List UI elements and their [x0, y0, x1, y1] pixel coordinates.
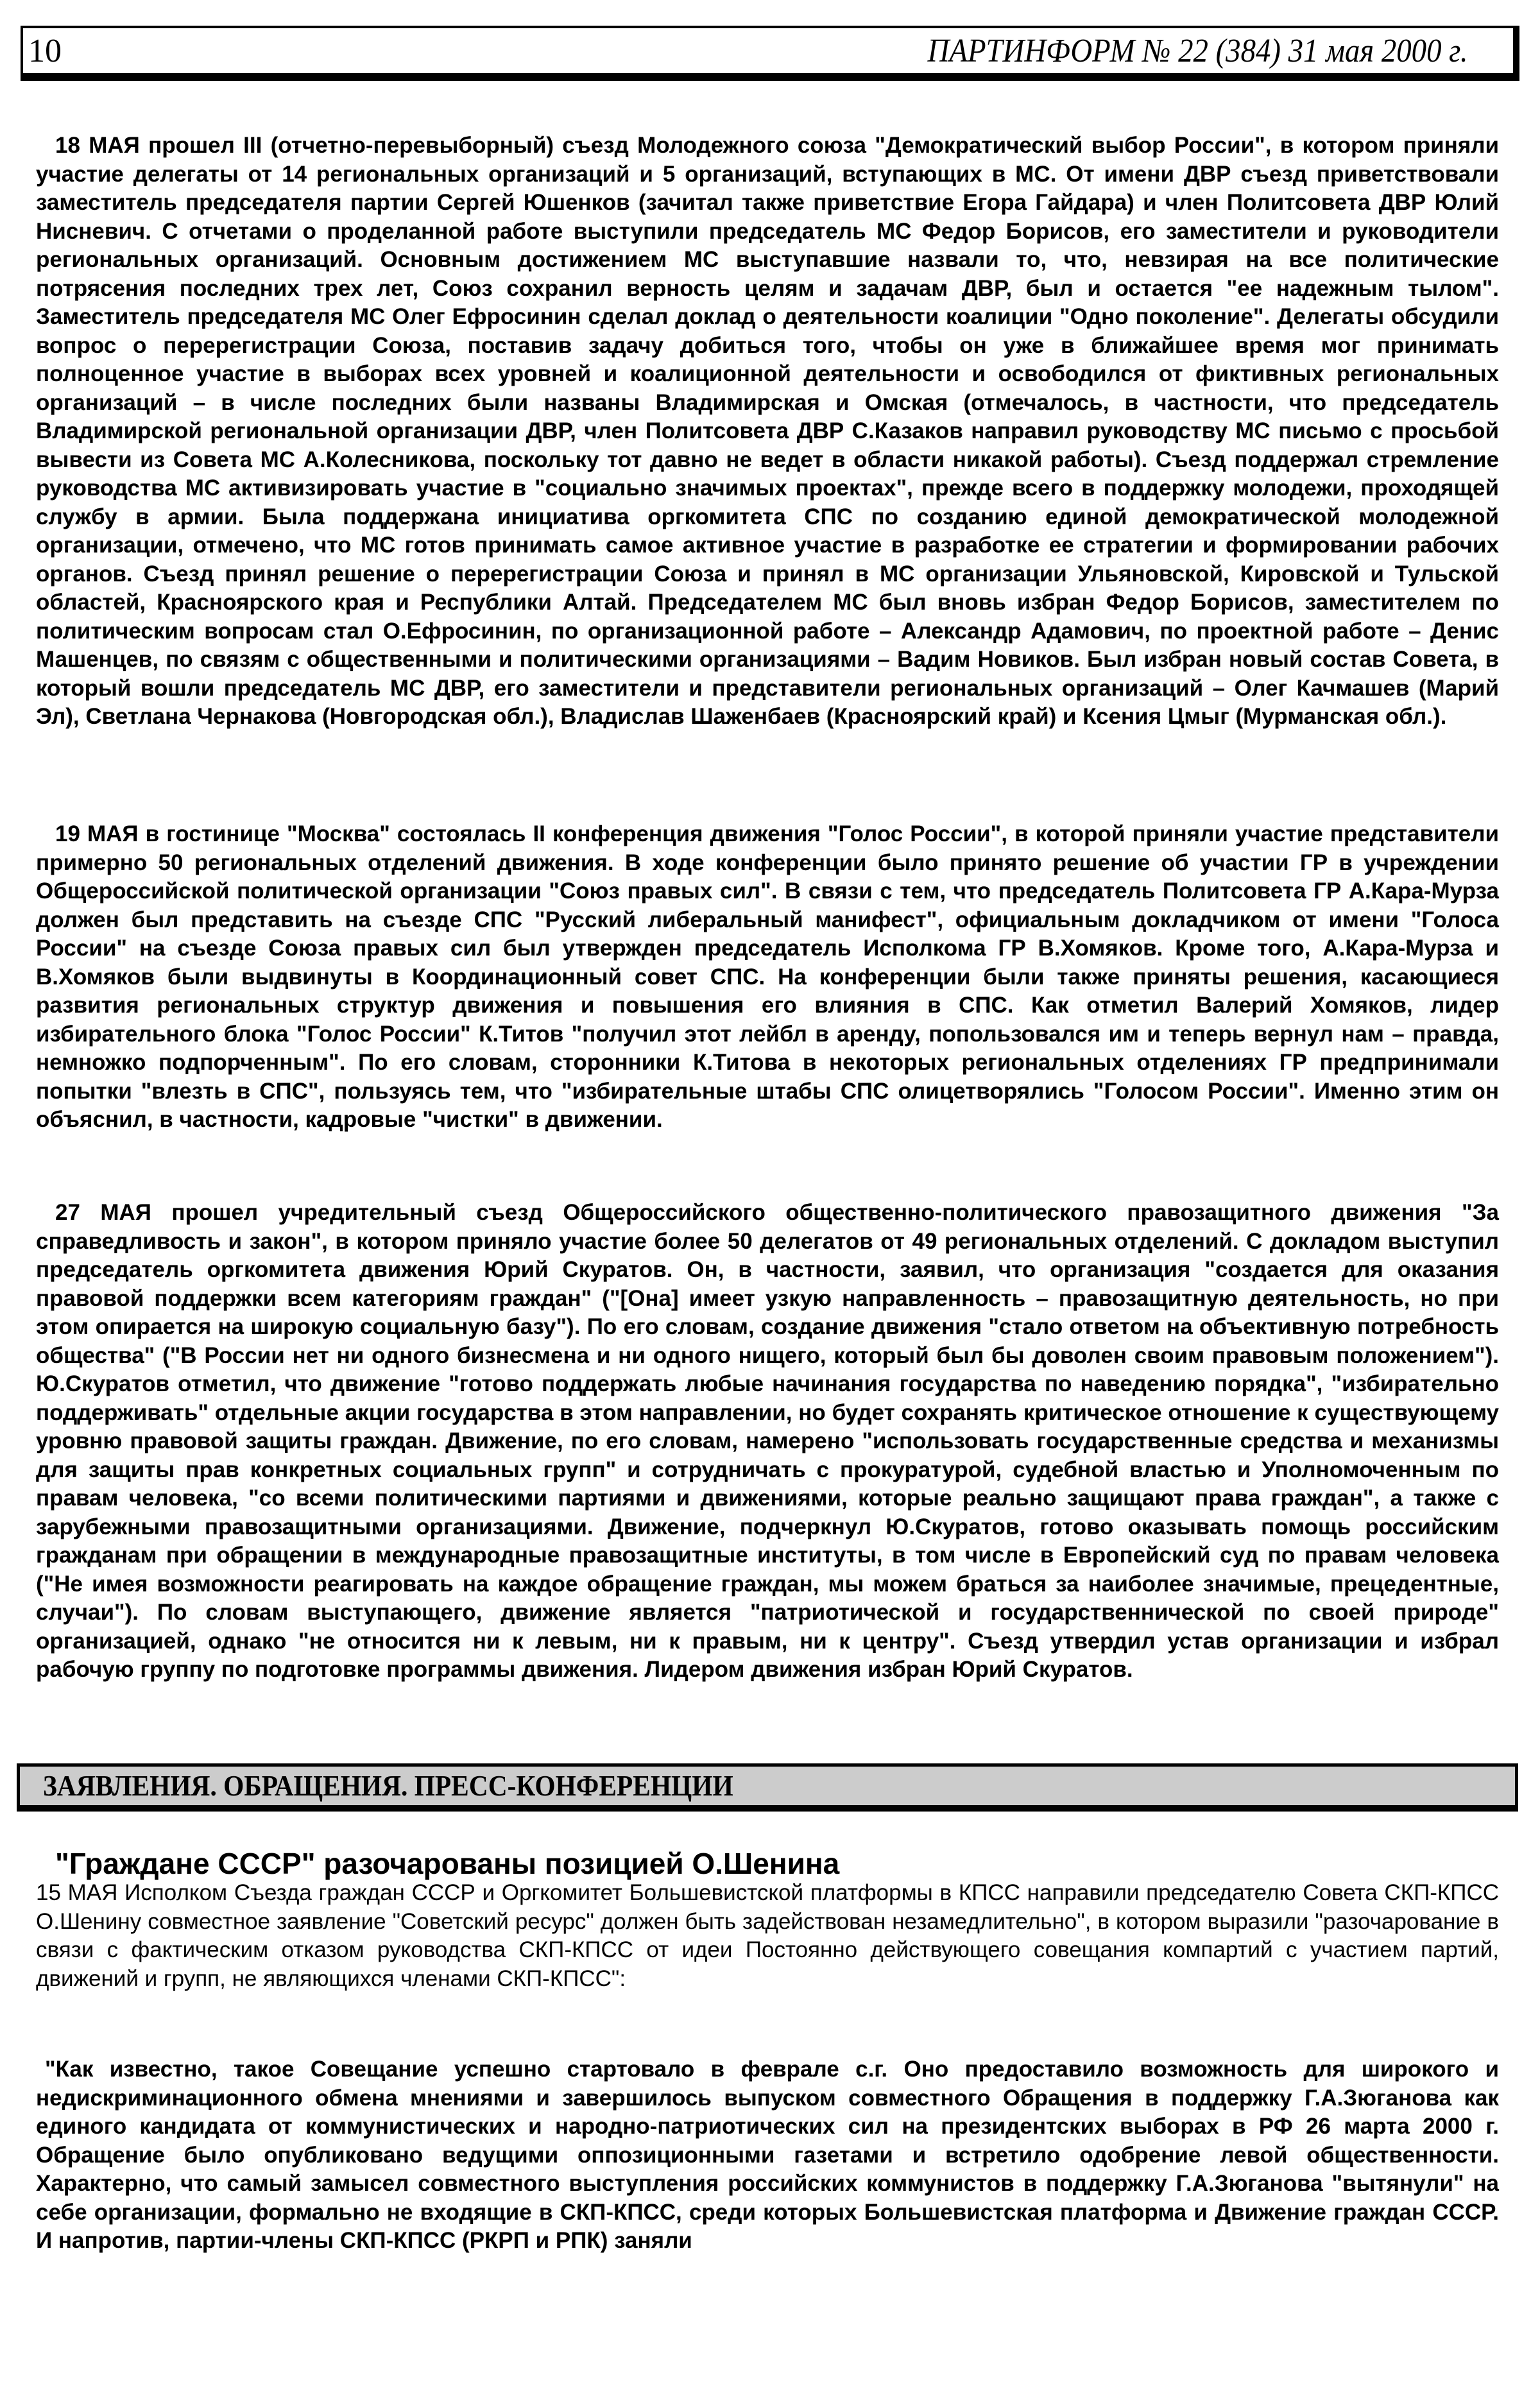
article-may-27: 27 МАЯ прошел учредительный съезд Общеро…: [36, 1199, 1499, 1684]
article-lead: 15 МАЯ Исполком Съезда граждан СССР и Ор…: [36, 1879, 1499, 1993]
page-header: 10 ПАРТИНФОРМ № 22 (384) 31 мая 2000 г.: [21, 26, 1519, 81]
article-may-18: 18 МАЯ прошел III (отчетно-перевыборный)…: [36, 132, 1499, 732]
issue-info: ПАРТИНФОРМ № 22 (384) 31 мая 2000 г.: [928, 33, 1468, 69]
article-quote: "Как известно, такое Совещание успешно с…: [36, 2055, 1499, 2256]
section-header: ЗАЯВЛЕНИЯ. ОБРАЩЕНИЯ. ПРЕСС-КОНФЕРЕНЦИИ: [17, 1763, 1518, 1812]
article-may-19: 19 МАЯ в гостинице "Москва" состоялась I…: [36, 820, 1499, 1135]
section-title: ЗАЯВЛЕНИЯ. ОБРАЩЕНИЯ. ПРЕСС-КОНФЕРЕНЦИИ: [43, 1769, 733, 1803]
page-number: 10: [28, 33, 62, 69]
article-headline: "Граждане СССР" разочарованы позицией О.…: [55, 1847, 839, 1880]
